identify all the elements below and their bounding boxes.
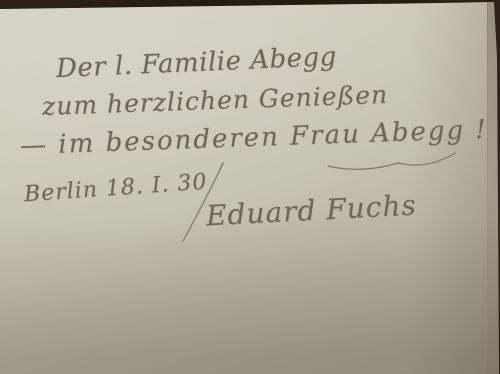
right-edge-shadow [488, 0, 500, 374]
photo-of-handwritten-dedication: Der l. Familie Abegg zum herzlichen Geni… [0, 0, 500, 374]
